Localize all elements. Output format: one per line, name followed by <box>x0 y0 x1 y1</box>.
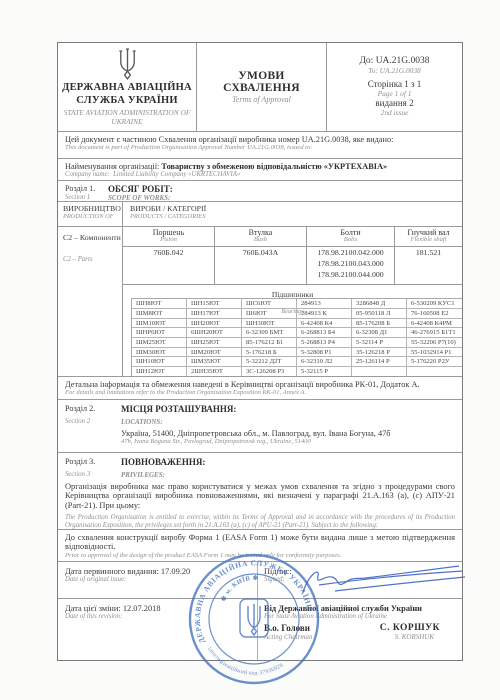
bearing-part-number: ШМ25ЮТ <box>132 338 187 348</box>
section3-label-en: Section 3 <box>65 471 121 478</box>
products-area: ПоршеньPiston 760Б.042 ВтулкаBush 760Б.0… <box>123 227 462 375</box>
revision-date-cell: Дата цієї зміни: 12.07.2018 Date of this… <box>58 599 258 660</box>
bearing-part-number: 85-176212 Б1 <box>242 338 297 348</box>
bearing-part-number: ШН17ЮТ <box>187 309 242 319</box>
bearing-part-number: 55-32206 Р7(10) <box>407 338 462 348</box>
section3-title-uk: ПОВНОВАЖЕННЯ: <box>121 457 455 467</box>
location-address-en: 47b, Ivana Boguna Str., Pavlograd, Dnipr… <box>121 438 462 445</box>
signer-name-uk: С. КОРШУК <box>380 623 440 633</box>
production-header-uk: ВИРОБНИЦТВО <box>63 204 122 213</box>
document-title-en: Terms of Approval <box>232 95 291 104</box>
bearing-part-number <box>407 367 462 376</box>
bearing-part-number: 5-268813 Р4 <box>297 338 352 348</box>
bearing-part-number: ШН12ЮТ <box>132 367 187 376</box>
bearing-part-number: ШМ30ЮТ <box>132 348 187 358</box>
section3-label: Розділ 3. Section 3 <box>65 457 121 479</box>
bearing-part-number: ШН20ЮТ <box>187 319 242 329</box>
company-line-en: Company name: Limited Liability Company … <box>65 171 455 178</box>
bearing-part-number: 6-32308 Д1 <box>352 328 407 338</box>
scope-table-header: ВИРОБНИЦТВО PRODUCTION OF ВИРОБИ / КАТЕГ… <box>58 202 462 227</box>
section1-label: Розділ 1. Section 1 <box>65 184 108 201</box>
authority-uk: Від Державної авіаційної служби України <box>264 604 462 613</box>
bearing-part-number: 3С-126208 Р3 <box>242 367 297 376</box>
bearing-part-number: 5-32115 Р <box>297 367 352 376</box>
product-part-number: 178.98.2100.044.000 <box>307 269 394 280</box>
company-line-uk: Найменування організації: Товариству з о… <box>65 162 455 171</box>
bearing-part-number: 85-176208 Б <box>352 319 407 329</box>
section3-label-uk: Розділ 3. <box>65 457 121 466</box>
product-name-en: Bolts <box>307 237 394 244</box>
product-column-flexible-shaft: Гнучкий валFlexible shaft 181.521 <box>395 227 462 284</box>
product-part-number: 178.98.2100.043.000 <box>307 258 394 269</box>
bearing-part-number: 5-32212 Д2Т <box>242 357 297 367</box>
bearing-part-number: ШН15ЮТ <box>187 299 242 309</box>
product-column-bolts: БолтиBolts 178.98.2100.042.000 178.98.21… <box>307 227 395 284</box>
product-columns: ПоршеньPiston 760Б.042 ВтулкаBush 760Б.0… <box>123 227 462 284</box>
section2-label: Розділ 2. Section 2 <box>65 404 121 445</box>
bearing-part-number: 284913 <box>297 299 352 309</box>
issue-number-en: 2nd issue <box>381 108 409 117</box>
original-issue-date: 17.09.20 <box>161 567 190 576</box>
category-cell: С2 – Компоненти C2 – Parts <box>58 227 123 375</box>
header-title-block: УМОВИ СХВАЛЕННЯ Terms of Approval <box>197 43 327 131</box>
product-part-number: 181.521 <box>395 247 462 258</box>
bearing-part-number: 6-530209 КУС1 <box>407 299 462 309</box>
category-uk: С2 – Компоненти <box>63 233 122 242</box>
company-block: Найменування організації: Товариству з о… <box>58 158 462 181</box>
bearing-part-number: ШН8ЮТ <box>132 299 187 309</box>
document-page: ДЕРЖАВНА АВІАЦІЙНА СЛУЖБА УКРАЇНИ STATE … <box>57 42 463 661</box>
production-header-en: PRODUCTION OF <box>63 213 122 220</box>
bearing-part-number: 6-268813 Б4 <box>297 328 352 338</box>
bearings-title: Підшипники Bearings <box>123 284 462 298</box>
footer-original-issue-row: Дата первинного видання: 17.09.20 Date o… <box>58 561 462 598</box>
signed-label-en: Signed: <box>264 576 462 583</box>
original-issue-label-en: Date of original issue: <box>65 576 257 583</box>
bearing-part-number: ШНР6ЮТ <box>132 328 187 338</box>
products-header-en: PRODUCTS / CATEGORIES <box>130 213 462 220</box>
section2-locations: Розділ 2. Section 2 МІСЦЯ РОЗТАШУВАННЯ: … <box>58 399 462 452</box>
ref-number-uk: До: UA.21G.0038 <box>359 56 429 66</box>
authority-cell: Від Державної авіаційної служби України … <box>258 599 462 660</box>
bearing-part-number: 35-126218 Р <box>352 348 407 358</box>
bearing-part-number: ШН25ЮТ <box>187 338 242 348</box>
section2-label-uk: Розділ 2. <box>65 404 121 413</box>
section3-privileges: Розділ 3. Section 3 ПОВНОВАЖЕННЯ: PRIVIL… <box>58 452 462 529</box>
bearing-part-number: 284913 К <box>297 309 352 319</box>
bearing-part-number <box>352 367 407 376</box>
products-header-cell: ВИРОБИ / КАТЕГОРІЇ PRODUCTS / CATEGORIES <box>123 202 462 226</box>
bearing-part-number: 6ШН20ЮТ <box>187 328 242 338</box>
footer-revision-row: Дата цієї зміни: 12.07.2018 Date of this… <box>58 598 462 660</box>
category-en: C2 – Parts <box>63 256 122 263</box>
header-ref-block: До: UA.21G.0038 To: UA.21G.0038 Сторінка… <box>327 43 462 131</box>
product-name-en: Piston <box>123 237 214 244</box>
bearing-part-number: 46-276915 Б1Т1 <box>407 328 462 338</box>
section2-title-uk: МІСЦЯ РОЗТАШУВАННЯ: <box>121 404 462 414</box>
bearing-part-number: 6-32310 Л2 <box>297 357 352 367</box>
intro-paragraph: Цей документ є частиною Схвалення органі… <box>58 131 462 158</box>
bearings-grid: ШН8ЮТШН15ЮТШС6ЮТ2849133286848 Д6-530209 … <box>131 298 462 375</box>
section2-content: МІСЦЯ РОЗТАШУВАННЯ: LOCATIONS: Україна, … <box>121 404 462 445</box>
revision-label-en: Date of this revision: <box>65 613 257 620</box>
signer-title-en: Acting Chairman <box>264 633 312 641</box>
ref-number-en: To: UA.21G.0038 <box>368 66 421 75</box>
bearing-part-number: 6-42408 К4 <box>297 319 352 329</box>
page-number-en: Page 1 of 1 <box>378 89 412 98</box>
product-part-number: 178.98.2100.042.000 <box>307 247 394 258</box>
section2-title-en: LOCATIONS: <box>121 418 462 426</box>
location-address-uk: Україна, 51400, Дніпропетровська обл., м… <box>121 429 462 438</box>
bearing-part-number: 5-176220 Р2У <box>407 357 462 367</box>
product-name-en: Flexible shaft <box>395 237 462 244</box>
bearing-part-number: 5-32808 Р1 <box>297 348 352 358</box>
product-name-en: Bush <box>215 237 306 244</box>
bearing-part-number: ШМ35ЮТ <box>187 357 242 367</box>
bearing-part-number: 3286848 Д <box>352 299 407 309</box>
bearing-part-number: 55-1032914 Р1 <box>407 348 462 358</box>
company-name-uk: Товариству з обмеженою відповідальністю … <box>161 162 387 171</box>
bearing-part-number: ШМ8ЮТ <box>132 309 187 319</box>
original-issue-label-uk: Дата первинного видання: <box>65 567 159 576</box>
intro-text-en: This document is part of Production Orga… <box>65 144 455 151</box>
company-label-en: Company name: <box>65 171 110 178</box>
document-title-uk: УМОВИ СХВАЛЕННЯ <box>199 70 324 94</box>
bearing-part-number: ШН30ЮТ <box>242 319 297 329</box>
bearing-part-number: 05-950118 Л <box>352 309 407 319</box>
product-column-piston: ПоршеньPiston 760Б.042 <box>123 227 215 284</box>
product-column-bush: ВтулкаBush 760Б.043А <box>215 227 307 284</box>
page-number-uk: Сторінка 1 з 1 <box>368 79 422 89</box>
section2-label-en: Section 2 <box>65 418 121 425</box>
signer-title-uk: В.о. Голови <box>264 623 310 633</box>
company-name-en: Limited Liability Company «UKRTECHAVIA» <box>113 171 240 178</box>
section1-heading: Розділ 1. Section 1 ОБСЯГ РОБІТ: SCOPE O… <box>58 180 462 201</box>
agency-name-en: STATE AVIATION ADMINISTRATION OF UKRAINE <box>62 108 192 127</box>
trident-emblem-icon <box>115 47 140 80</box>
bearing-part-number: Ш6ЮТ <box>242 309 297 319</box>
document-header: ДЕРЖАВНА АВІАЦІЙНА СЛУЖБА УКРАЇНИ STATE … <box>58 43 462 131</box>
intro-text-uk: Цей документ є частиною Схвалення органі… <box>65 135 455 144</box>
details-note-uk: Детальна інформація та обмеження наведен… <box>65 380 455 389</box>
bearing-part-number: 2ШН35ЮТ <box>187 367 242 376</box>
section3-heading: ПОВНОВАЖЕННЯ: PRIVILEGES: <box>121 457 455 479</box>
section1-label-en: Section 1 <box>65 194 108 201</box>
authority-en: For State Aviation Administration of Ukr… <box>264 613 462 620</box>
signer-name-en: S. KORSHUK <box>395 633 434 641</box>
products-header-uk: ВИРОБИ / КАТЕГОРІЇ <box>130 204 462 213</box>
revision-date: 12.07.2018 <box>123 604 161 613</box>
issue-number-uk: видання 2 <box>375 98 413 108</box>
form1-note: До схвалення конструкції виробу Форма 1 … <box>58 529 462 562</box>
details-note: Детальна інформація та обмеження наведен… <box>58 376 462 399</box>
scope-of-works-table: ВИРОБНИЦТВО PRODUCTION OF ВИРОБИ / КАТЕГ… <box>58 201 462 375</box>
signature-cell: Підпис: Signed: <box>258 562 462 598</box>
bearing-part-number: 5-32114 Р <box>352 338 407 348</box>
product-part-number: 760Б.042 <box>123 247 214 258</box>
section3-title-en: PRIVILEGES: <box>121 471 455 479</box>
bearing-part-number: ШМ10ЮТ <box>132 319 187 329</box>
bearing-part-number: 6-32309 БМТ <box>242 328 297 338</box>
header-agency-block: ДЕРЖАВНА АВІАЦІЙНА СЛУЖБА УКРАЇНИ STATE … <box>58 43 197 131</box>
section1-label-uk: Розділ 1. <box>65 184 108 193</box>
scanned-approval-document: { "header": { "agency_uk": "ДЕРЖАВНА АВІ… <box>0 0 500 700</box>
signed-label-uk: Підпис: <box>264 567 462 576</box>
bearing-part-number: ШС6ЮТ <box>242 299 297 309</box>
details-note-en: For details and limitations refer to the… <box>65 389 455 396</box>
bearing-part-number: 6-42408 К4РМ <box>407 319 462 329</box>
form1-note-uk: До схвалення конструкції виробу Форма 1 … <box>65 533 455 552</box>
company-label-uk: Найменування організації: <box>65 162 159 171</box>
revision-label-uk: Дата цієї зміни: <box>65 604 121 613</box>
section1-title: ОБСЯГ РОБІТ: SCOPE OF WORKS: <box>108 184 173 201</box>
original-issue-cell: Дата первинного видання: 17.09.20 Date o… <box>58 562 258 598</box>
bearing-part-number: 76-160508 Е2 <box>407 309 462 319</box>
bearing-part-number: ШН10ЮТ <box>132 357 187 367</box>
section1-title-uk: ОБСЯГ РОБІТ: <box>108 184 173 194</box>
bearing-part-number: 25-126114 Р <box>352 357 407 367</box>
production-header-cell: ВИРОБНИЦТВО PRODUCTION OF <box>58 202 123 226</box>
privileges-body-uk: Організація виробника має право користув… <box>65 482 455 512</box>
form1-note-en: Prior to approval of the design of the p… <box>65 552 455 559</box>
scope-table-body: С2 – Компоненти C2 – Parts ПоршеньPiston… <box>58 227 462 375</box>
agency-name-uk: ДЕРЖАВНА АВІАЦІЙНА СЛУЖБА УКРАЇНИ <box>62 82 192 107</box>
bearing-part-number: ШМ20ЮТ <box>187 348 242 358</box>
product-part-number: 760Б.043А <box>215 247 306 258</box>
bearing-part-number: 5-176218 Б <box>242 348 297 358</box>
